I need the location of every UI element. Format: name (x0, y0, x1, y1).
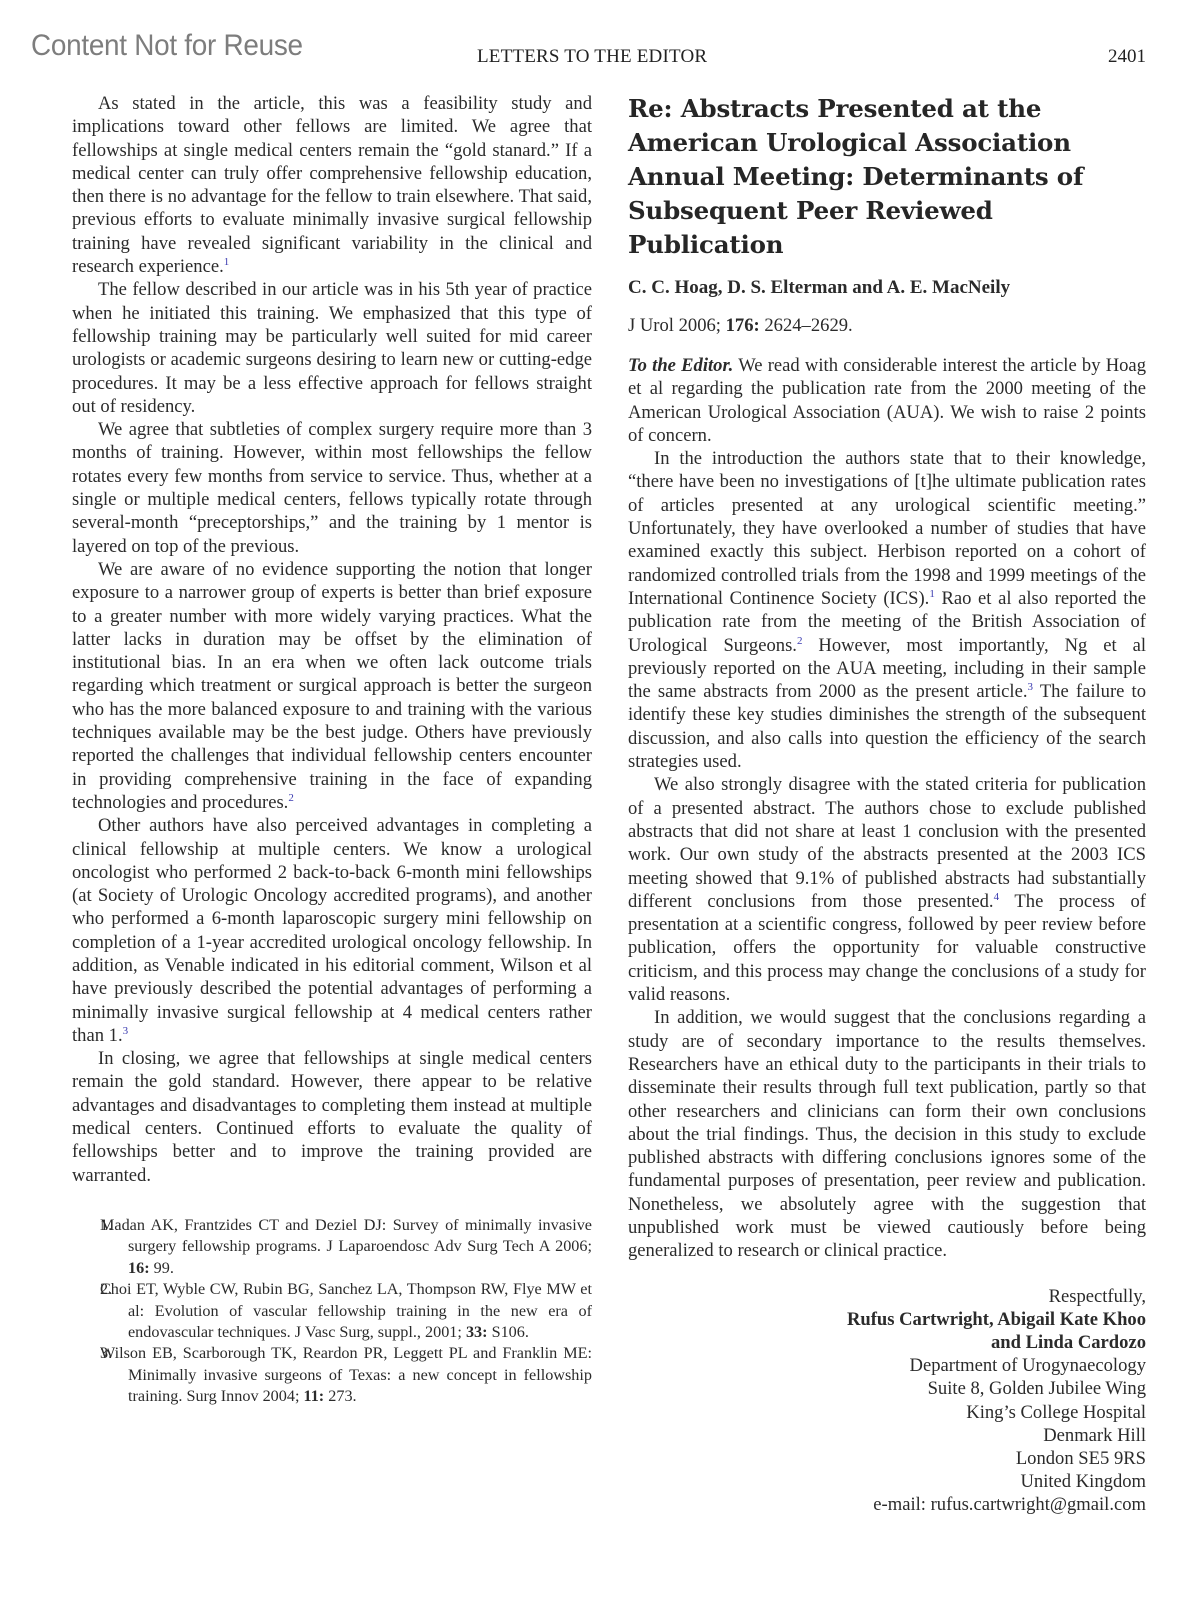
reference-volume: 33: (466, 1323, 488, 1341)
watermark: Content Not for Reuse (31, 29, 303, 63)
reference-link[interactable]: 1 (224, 256, 230, 268)
paragraph: The fellow described in our article was … (72, 278, 592, 418)
signatory-names: Rufus Cartwright, Abigail Kate Khoo (628, 1308, 1146, 1331)
paragraph-text: In closing, we agree that fellowships at… (72, 1048, 592, 1185)
address-line: Denmark Hill (628, 1424, 1146, 1447)
reference-item: 2.Choi ET, Wyble CW, Rubin BG, Sanchez L… (72, 1279, 592, 1343)
paragraph: We agree that subtleties of complex surg… (72, 418, 592, 558)
closing: Respectfully, (628, 1285, 1146, 1308)
paragraph-text: In the introduction the authors state th… (628, 448, 1146, 609)
address-line: United Kingdom (628, 1470, 1146, 1493)
paragraph-text: Other authors have also perceived advant… (72, 815, 592, 1046)
citation-journal: J Urol 2006; (628, 315, 726, 336)
reference-link[interactable]: 2 (288, 792, 294, 804)
paragraph-text: As stated in the article, this was a fea… (72, 93, 592, 277)
reference-number: 3. (100, 1343, 128, 1364)
reference-item: 1.Madan AK, Frantzides CT and Deziel DJ:… (72, 1215, 592, 1279)
paragraph: We are aware of no evidence supporting t… (72, 558, 592, 814)
reference-pages: 99. (150, 1259, 174, 1277)
reference-pages: 273. (324, 1387, 356, 1405)
signatory-names: and Linda Cardozo (628, 1331, 1146, 1354)
running-head: LETTERS TO THE EDITOR (477, 46, 707, 68)
article-authors: C. C. Hoag, D. S. Elterman and A. E. Mac… (628, 276, 1146, 300)
reference-list: 1.Madan AK, Frantzides CT and Deziel DJ:… (72, 1215, 592, 1408)
reference-volume: 16: (128, 1259, 150, 1277)
paragraph-text: We agree that subtleties of complex surg… (72, 419, 592, 556)
article-citation: J Urol 2006; 176: 2624–2629. (628, 314, 1146, 338)
reference-number: 2. (100, 1279, 128, 1300)
reference-number: 1. (100, 1215, 128, 1236)
paragraph: As stated in the article, this was a fea… (72, 92, 592, 278)
address-line: Suite 8, Golden Jubilee Wing (628, 1377, 1146, 1400)
email-link[interactable]: e-mail: rufus.cartwright@gmail.com (628, 1493, 1146, 1516)
paragraph: In the introduction the authors state th… (628, 447, 1146, 773)
reference-pages: S106. (488, 1323, 529, 1341)
paragraph: In addition, we would suggest that the c… (628, 1006, 1146, 1262)
address-line: King’s College Hospital (628, 1401, 1146, 1424)
citation-pages: 2624–2629. (760, 315, 853, 336)
page-number: 2401 (1108, 46, 1146, 68)
salutation: To the Editor. (628, 355, 733, 376)
paragraph: In closing, we agree that fellowships at… (72, 1047, 592, 1187)
right-column: Re: Abstracts Presented at the American … (628, 92, 1146, 1517)
paragraph: To the Editor. We read with considerable… (628, 354, 1146, 447)
paragraph-text: We are aware of no evidence supporting t… (72, 559, 592, 813)
left-column: As stated in the article, this was a fea… (72, 92, 592, 1408)
citation-volume: 176: (726, 315, 760, 336)
reference-item: 3.Wilson EB, Scarborough TK, Reardon PR,… (72, 1343, 592, 1407)
paragraph-text: The fellow described in our article was … (72, 279, 592, 416)
signature-block: Respectfully, Rufus Cartwright, Abigail … (628, 1285, 1146, 1517)
reference-link[interactable]: 3 (123, 1025, 129, 1037)
paragraph: We also strongly disagree with the state… (628, 773, 1146, 1006)
address-line: London SE5 9RS (628, 1447, 1146, 1470)
paragraph-text: In addition, we would suggest that the c… (628, 1007, 1146, 1261)
reference-volume: 11: (304, 1387, 325, 1405)
paragraph: Other authors have also perceived advant… (72, 814, 592, 1047)
reference-text: Madan AK, Frantzides CT and Deziel DJ: S… (100, 1216, 592, 1255)
letter-title: Re: Abstracts Presented at the American … (628, 92, 1146, 262)
address-line: Department of Urogynaecology (628, 1354, 1146, 1377)
